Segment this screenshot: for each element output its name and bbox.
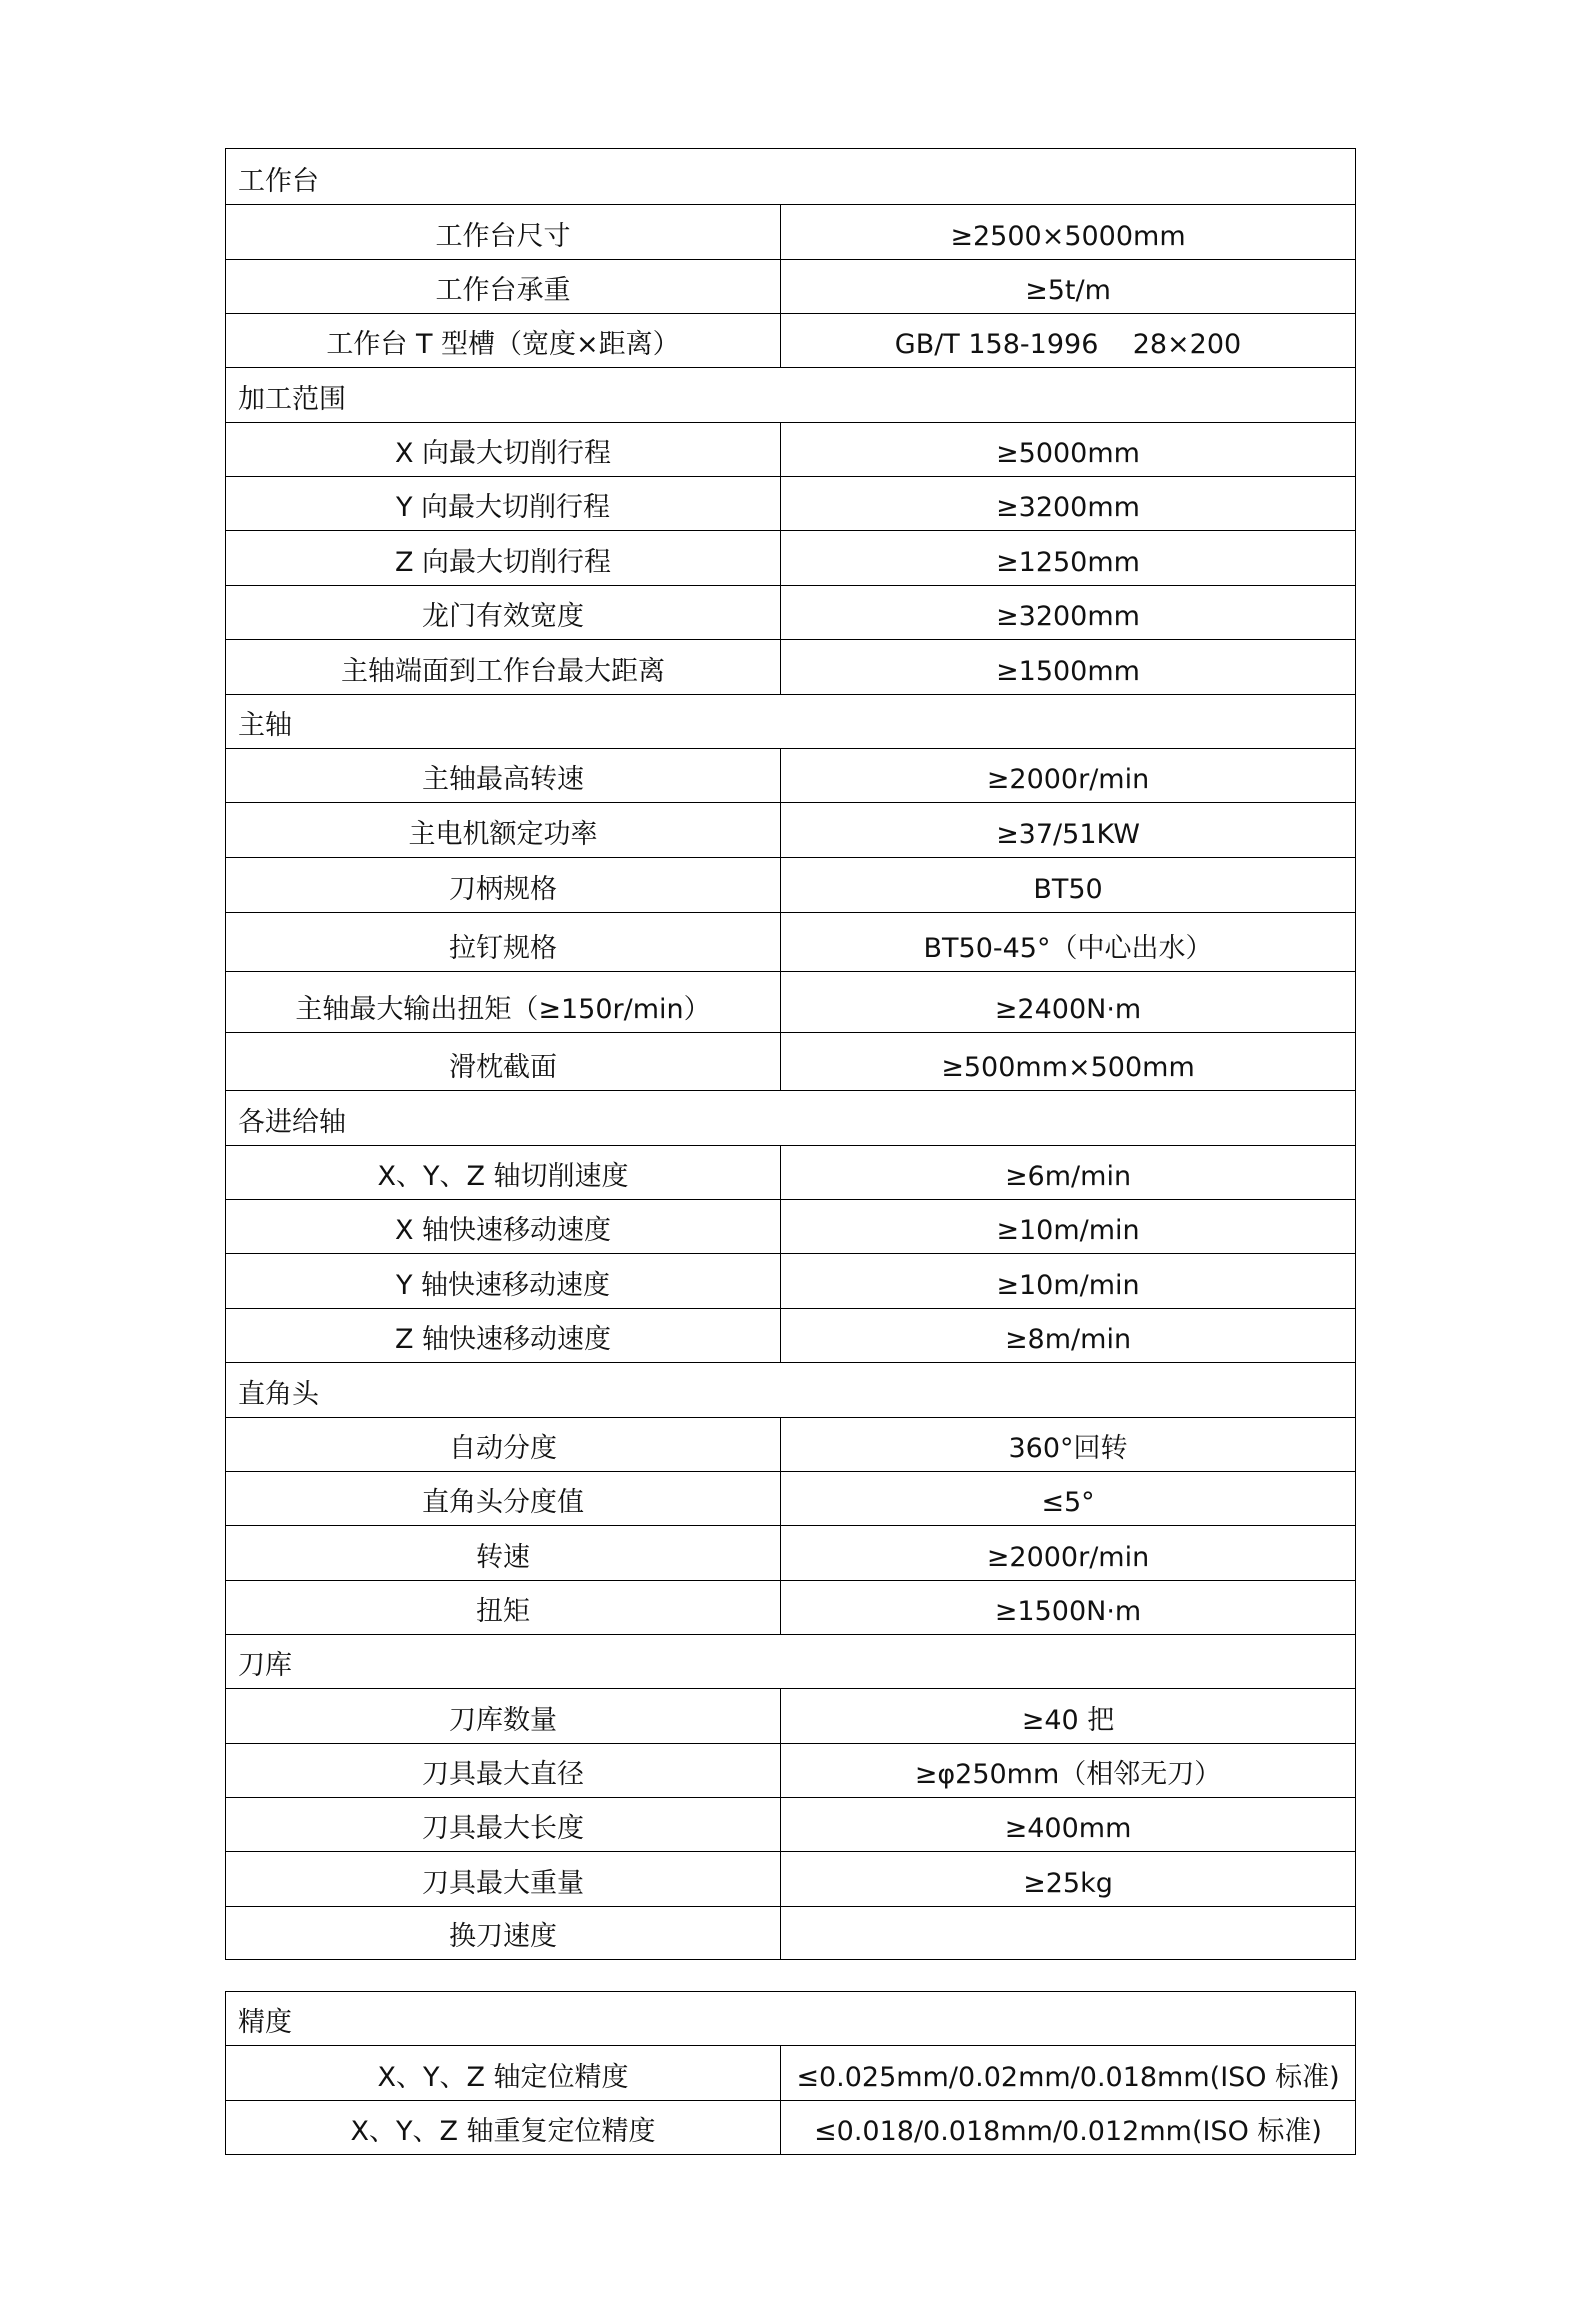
row-value: ≥40 把 [781, 1689, 1356, 1744]
table-row: 主轴最高转速≥2000r/min [226, 749, 1356, 803]
table-row: 转速≥2000r/min [226, 1526, 1356, 1581]
row-label: 主轴端面到工作台最大距离 [226, 640, 781, 695]
row-label: Z 轴快速移动速度 [226, 1309, 781, 1363]
row-label: 工作台承重 [226, 260, 781, 314]
section-row: 各进给轴 [226, 1091, 1356, 1146]
table-row: 主轴端面到工作台最大距离≥1500mm [226, 640, 1356, 695]
row-value: ≥5000mm [781, 423, 1356, 477]
table-row: Z 向最大切削行程≥1250mm [226, 531, 1356, 586]
row-label: 主轴最大输出扭矩（≥150r/min） [226, 972, 781, 1033]
row-value: ≥400mm [781, 1798, 1356, 1852]
row-label: 龙门有效宽度 [226, 586, 781, 640]
row-label: 刀柄规格 [226, 858, 781, 913]
row-value: ≤0.018/0.018mm/0.012mm(ISO 标准) [781, 2101, 1356, 2155]
table-row: 主电机额定功率≥37/51KW [226, 803, 1356, 858]
table-row: 刀柄规格BT50 [226, 858, 1356, 913]
row-label: 工作台 T 型槽（宽度×距离） [226, 314, 781, 368]
table-row: X、Y、Z 轴重复定位精度≤0.018/0.018mm/0.012mm(ISO … [226, 2101, 1356, 2155]
section-row: 刀库 [226, 1635, 1356, 1689]
row-label: 主电机额定功率 [226, 803, 781, 858]
table-row: 滑枕截面≥500mm×500mm [226, 1033, 1356, 1091]
section-title: 精度 [226, 1992, 1356, 2046]
row-value: ≥2400N·m [781, 972, 1356, 1033]
table-row: 工作台承重≥5t/m [226, 260, 1356, 314]
section-row: 主轴 [226, 695, 1356, 749]
row-label: 转速 [226, 1526, 781, 1581]
row-label: 直角头分度值 [226, 1472, 781, 1526]
table-row: 扭矩≥1500N·m [226, 1581, 1356, 1635]
row-label: Y 轴快速移动速度 [226, 1254, 781, 1309]
table-row: 刀具最大长度≥400mm [226, 1798, 1356, 1852]
table-row: 直角头分度值≤5° [226, 1472, 1356, 1526]
row-value [781, 1907, 1356, 1960]
table-row: 换刀速度 [226, 1907, 1356, 1960]
spec-table-main: 工作台 工作台尺寸≥2500×5000mm 工作台承重≥5t/m 工作台 T 型… [225, 148, 1356, 1960]
section-title: 各进给轴 [226, 1091, 1356, 1146]
row-label: Y 向最大切削行程 [226, 477, 781, 531]
row-value: ≥500mm×500mm [781, 1033, 1356, 1091]
row-value: ≥1500mm [781, 640, 1356, 695]
row-label: 扭矩 [226, 1581, 781, 1635]
row-label: X、Y、Z 轴切削速度 [226, 1146, 781, 1200]
row-value: ≥5t/m [781, 260, 1356, 314]
table-row: 刀具最大重量≥25kg [226, 1852, 1356, 1907]
table-row: 工作台 T 型槽（宽度×距离）GB/T 158-1996 28×200 [226, 314, 1356, 368]
table-row: 工作台尺寸≥2500×5000mm [226, 205, 1356, 260]
spec-table-precision: 精度 X、Y、Z 轴定位精度≤0.025mm/0.02mm/0.018mm(IS… [225, 1991, 1356, 2155]
section-title: 工作台 [226, 149, 1356, 205]
section-title: 主轴 [226, 695, 1356, 749]
section-row: 工作台 [226, 149, 1356, 205]
section-row: 加工范围 [226, 368, 1356, 423]
row-value: ≥2000r/min [781, 1526, 1356, 1581]
table-row: Y 轴快速移动速度≥10m/min [226, 1254, 1356, 1309]
row-label: 拉钉规格 [226, 913, 781, 972]
section-row: 精度 [226, 1992, 1356, 2046]
row-label: 滑枕截面 [226, 1033, 781, 1091]
row-label: 工作台尺寸 [226, 205, 781, 260]
table-row: X、Y、Z 轴切削速度≥6m/min [226, 1146, 1356, 1200]
row-value: GB/T 158-1996 28×200 [781, 314, 1356, 368]
section-title: 直角头 [226, 1363, 1356, 1418]
row-value: ≥6m/min [781, 1146, 1356, 1200]
row-value: ≤5° [781, 1472, 1356, 1526]
table-row: X 向最大切削行程≥5000mm [226, 423, 1356, 477]
row-label: 刀具最大重量 [226, 1852, 781, 1907]
table-row: 刀具最大直径≥φ250mm（相邻无刀） [226, 1744, 1356, 1798]
table-row: 拉钉规格BT50-45°（中心出水） [226, 913, 1356, 972]
row-value: ≤0.025mm/0.02mm/0.018mm(ISO 标准) [781, 2046, 1356, 2101]
row-label: 刀库数量 [226, 1689, 781, 1744]
row-value: 360°回转 [781, 1418, 1356, 1472]
row-label: X 向最大切削行程 [226, 423, 781, 477]
table-row: Z 轴快速移动速度≥8m/min [226, 1309, 1356, 1363]
row-value: ≥2000r/min [781, 749, 1356, 803]
row-label: Z 向最大切削行程 [226, 531, 781, 586]
row-value: ≥2500×5000mm [781, 205, 1356, 260]
row-value: ≥3200mm [781, 477, 1356, 531]
table-row: Y 向最大切削行程≥3200mm [226, 477, 1356, 531]
row-value: ≥8m/min [781, 1309, 1356, 1363]
table-row: 主轴最大输出扭矩（≥150r/min）≥2400N·m [226, 972, 1356, 1033]
row-value: BT50 [781, 858, 1356, 913]
row-value: ≥3200mm [781, 586, 1356, 640]
row-label: X、Y、Z 轴重复定位精度 [226, 2101, 781, 2155]
row-value: ≥10m/min [781, 1254, 1356, 1309]
row-label: X 轴快速移动速度 [226, 1200, 781, 1254]
table-row: 刀库数量≥40 把 [226, 1689, 1356, 1744]
row-value: ≥1250mm [781, 531, 1356, 586]
row-label: 刀具最大直径 [226, 1744, 781, 1798]
row-value: ≥φ250mm（相邻无刀） [781, 1744, 1356, 1798]
row-value: BT50-45°（中心出水） [781, 913, 1356, 972]
row-label: 主轴最高转速 [226, 749, 781, 803]
section-row: 直角头 [226, 1363, 1356, 1418]
section-title: 加工范围 [226, 368, 1356, 423]
row-value: ≥25kg [781, 1852, 1356, 1907]
row-label: 自动分度 [226, 1418, 781, 1472]
section-title: 刀库 [226, 1635, 1356, 1689]
table-row: X 轴快速移动速度≥10m/min [226, 1200, 1356, 1254]
table-row: X、Y、Z 轴定位精度≤0.025mm/0.02mm/0.018mm(ISO 标… [226, 2046, 1356, 2101]
row-label: 换刀速度 [226, 1907, 781, 1960]
row-value: ≥37/51KW [781, 803, 1356, 858]
row-label: X、Y、Z 轴定位精度 [226, 2046, 781, 2101]
row-value: ≥10m/min [781, 1200, 1356, 1254]
table-row: 龙门有效宽度≥3200mm [226, 586, 1356, 640]
row-label: 刀具最大长度 [226, 1798, 781, 1852]
row-value: ≥1500N·m [781, 1581, 1356, 1635]
table-row: 自动分度360°回转 [226, 1418, 1356, 1472]
